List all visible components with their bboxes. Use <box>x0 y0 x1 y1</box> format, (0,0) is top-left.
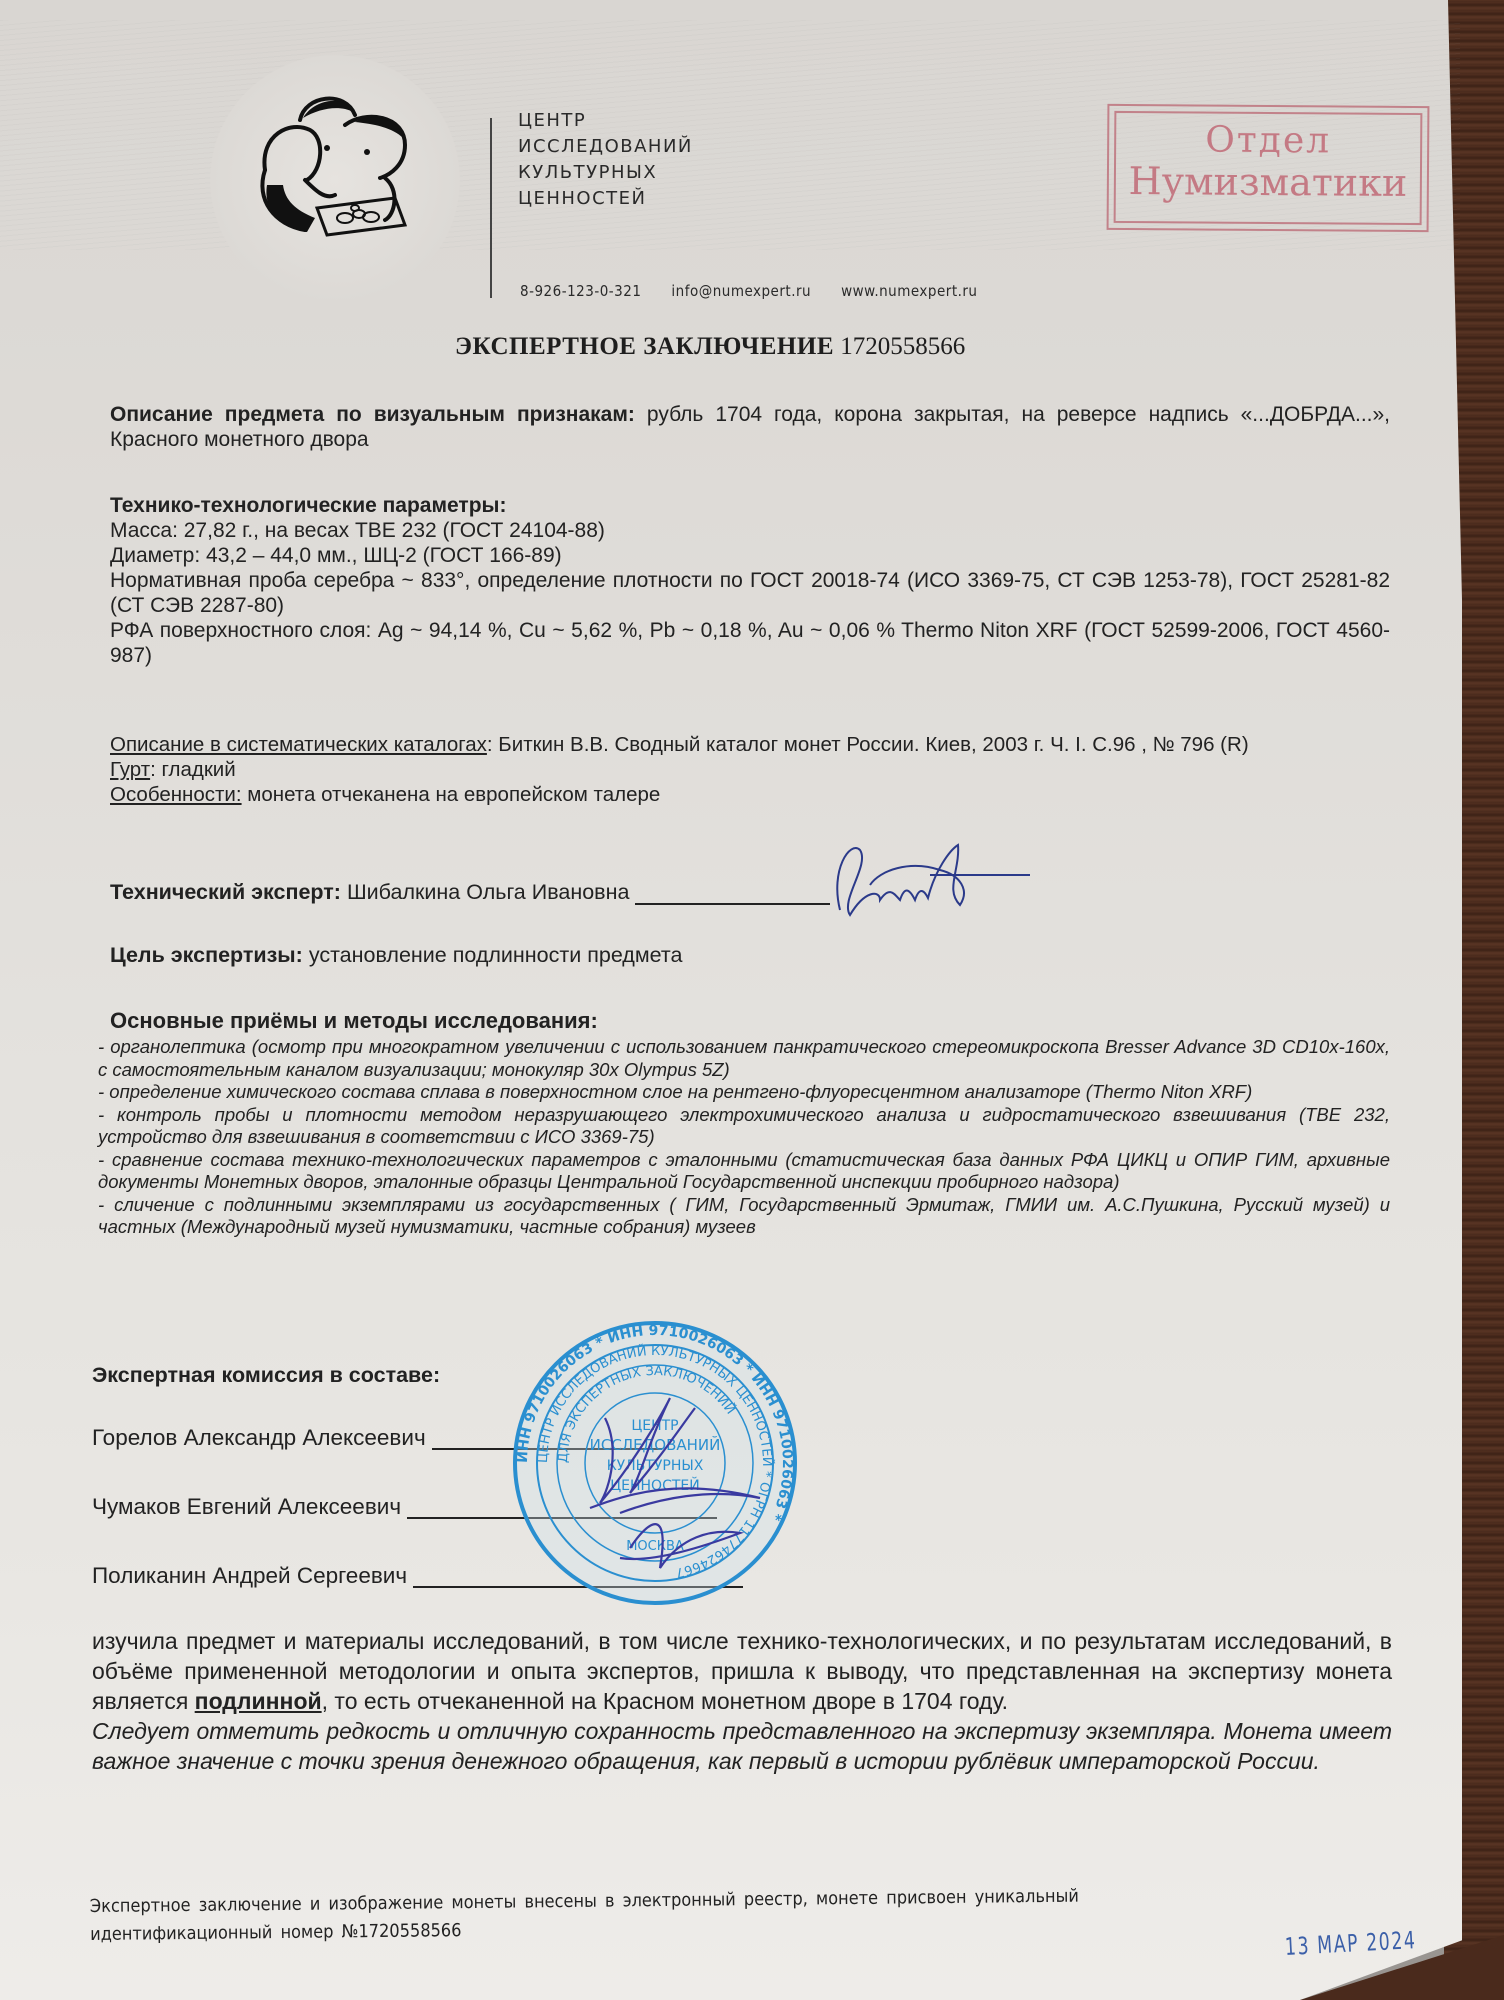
round-seal-stamp-icon: ИНН 9710026063 * ИНН 9710026063 * ИНН 97… <box>510 1318 800 1608</box>
method-item: - сличение с подлинными экземплярами из … <box>98 1194 1390 1239</box>
conclusion: изучила предмет и материалы исследований… <box>92 1626 1392 1776</box>
tech-param-mass: Масса: 27,82 г., на весах ТВЕ 232 (ГОСТ … <box>110 518 1390 543</box>
conclusion-note: Следует отметить редкость и отличную сох… <box>92 1716 1392 1776</box>
tech-params-heading: Технико-технологические параметры: <box>110 493 1390 518</box>
verdict-authentic: подлинной <box>195 1688 322 1714</box>
website-url: www.numexpert.ru <box>841 282 977 300</box>
expertise-goal: Цель экспертизы: установление подлинност… <box>110 943 1390 968</box>
tech-expert-name: Шибалкина Ольга Ивановна <box>347 880 629 904</box>
email-address: info@numexpert.ru <box>671 282 811 300</box>
visual-description: Описание предмета по визуальным признака… <box>110 402 1390 452</box>
features-description: Особенности: монета отчеканена на европе… <box>110 782 1390 807</box>
methods-heading: Основные приёмы и методы исследования: <box>110 1008 1390 1033</box>
tech-expert-signature-icon <box>810 830 1040 930</box>
edge-description: Гурт: гладкий <box>110 757 1390 782</box>
tech-expert: Технический эксперт: Шибалкина Ольга Ива… <box>110 880 1390 905</box>
document-title: ЭКСПЕРТНОЕ ЗАКЛЮЧЕНИЕ 1720558566 <box>455 333 965 361</box>
tech-param-diameter: Диаметр: 43,2 – 44,0 мм., ШЦ-2 (ГОСТ 166… <box>110 543 1390 568</box>
tech-params: Технико-технологические параметры: Масса… <box>110 493 1390 668</box>
catalog-info: Описание в систематических каталогах: Би… <box>110 732 1390 807</box>
methods-list: - органолептика (осмотр при многократном… <box>98 1036 1390 1239</box>
department-stamp: Отдел Нумизматики <box>1107 104 1430 232</box>
method-item: - сравнение состава технико-технологичес… <box>98 1149 1390 1194</box>
catalog-description: Описание в систематических каталогах: Би… <box>110 732 1390 757</box>
contact-info: 8-926-123-0-321 info@numexpert.ru www.nu… <box>520 282 978 300</box>
method-item: - органолептика (осмотр при многократном… <box>98 1036 1390 1081</box>
tech-expert-signature-line <box>635 883 830 905</box>
tech-param-fineness: Нормативная проба серебра ~ 833°, опреде… <box>110 568 1390 618</box>
method-item: - определение химического состава сплава… <box>98 1081 1390 1104</box>
document-number: 1720558566 <box>840 333 965 360</box>
organization-name: ЦЕНТР ИССЛЕДОВАНИЙ КУЛЬТУРНЫХ ЦЕННОСТЕЙ <box>518 108 693 212</box>
header-divider <box>490 118 492 298</box>
svg-text:ИССЛЕДОВАНИЙ: ИССЛЕДОВАНИЙ <box>590 1435 721 1454</box>
method-item: - контроль пробы и плотности методом нер… <box>98 1104 1390 1149</box>
phone-number: 8-926-123-0-321 <box>520 282 641 300</box>
numismatists-logo-icon <box>245 90 425 240</box>
tech-param-xrf: РФА поверхностного слоя: Ag ~ 94,14 %, C… <box>110 618 1390 668</box>
